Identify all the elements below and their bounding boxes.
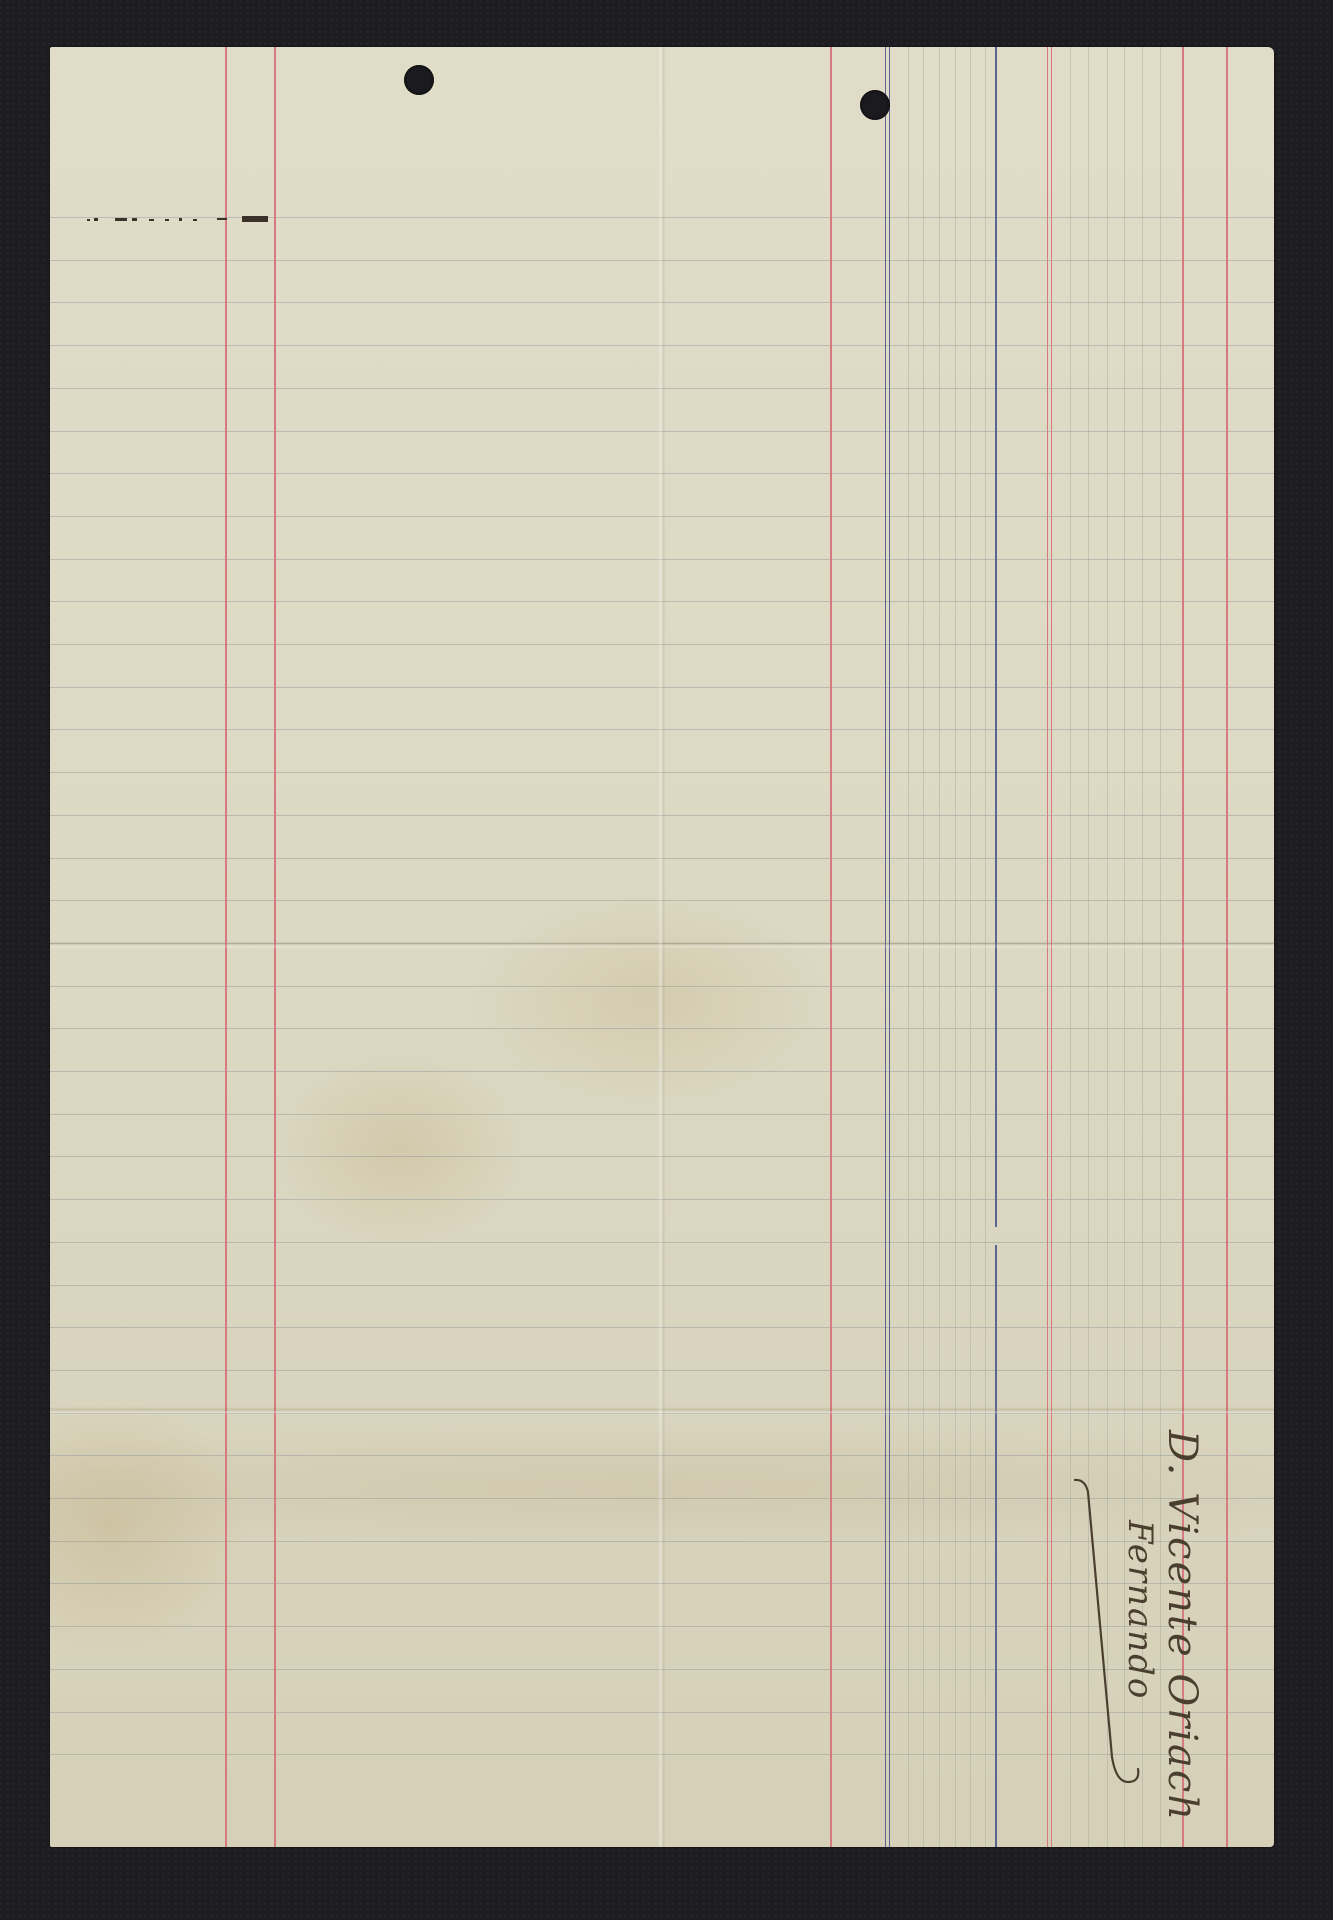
punch-hole-right: [860, 90, 890, 120]
signature-given-name: Fernando: [1120, 1520, 1160, 1700]
signature-name: D. Vicente Oriach: [1159, 1430, 1205, 1822]
punch-hole-left: [404, 65, 434, 95]
signature-flourish: [50, 47, 1274, 1847]
ledger-sheet: [50, 47, 1274, 1847]
